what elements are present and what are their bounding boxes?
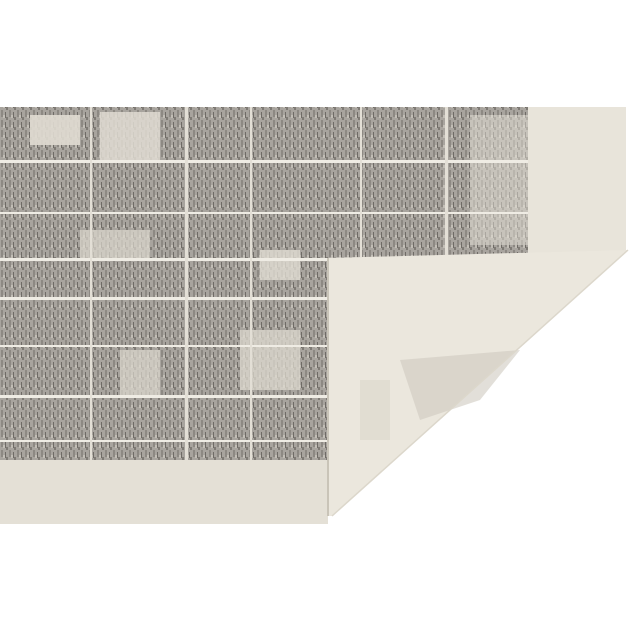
product-photo: Folded-corner product photo of an abstra… [0,0,640,640]
rug-folded-corner [328,250,628,516]
rug-illustration [0,0,640,640]
